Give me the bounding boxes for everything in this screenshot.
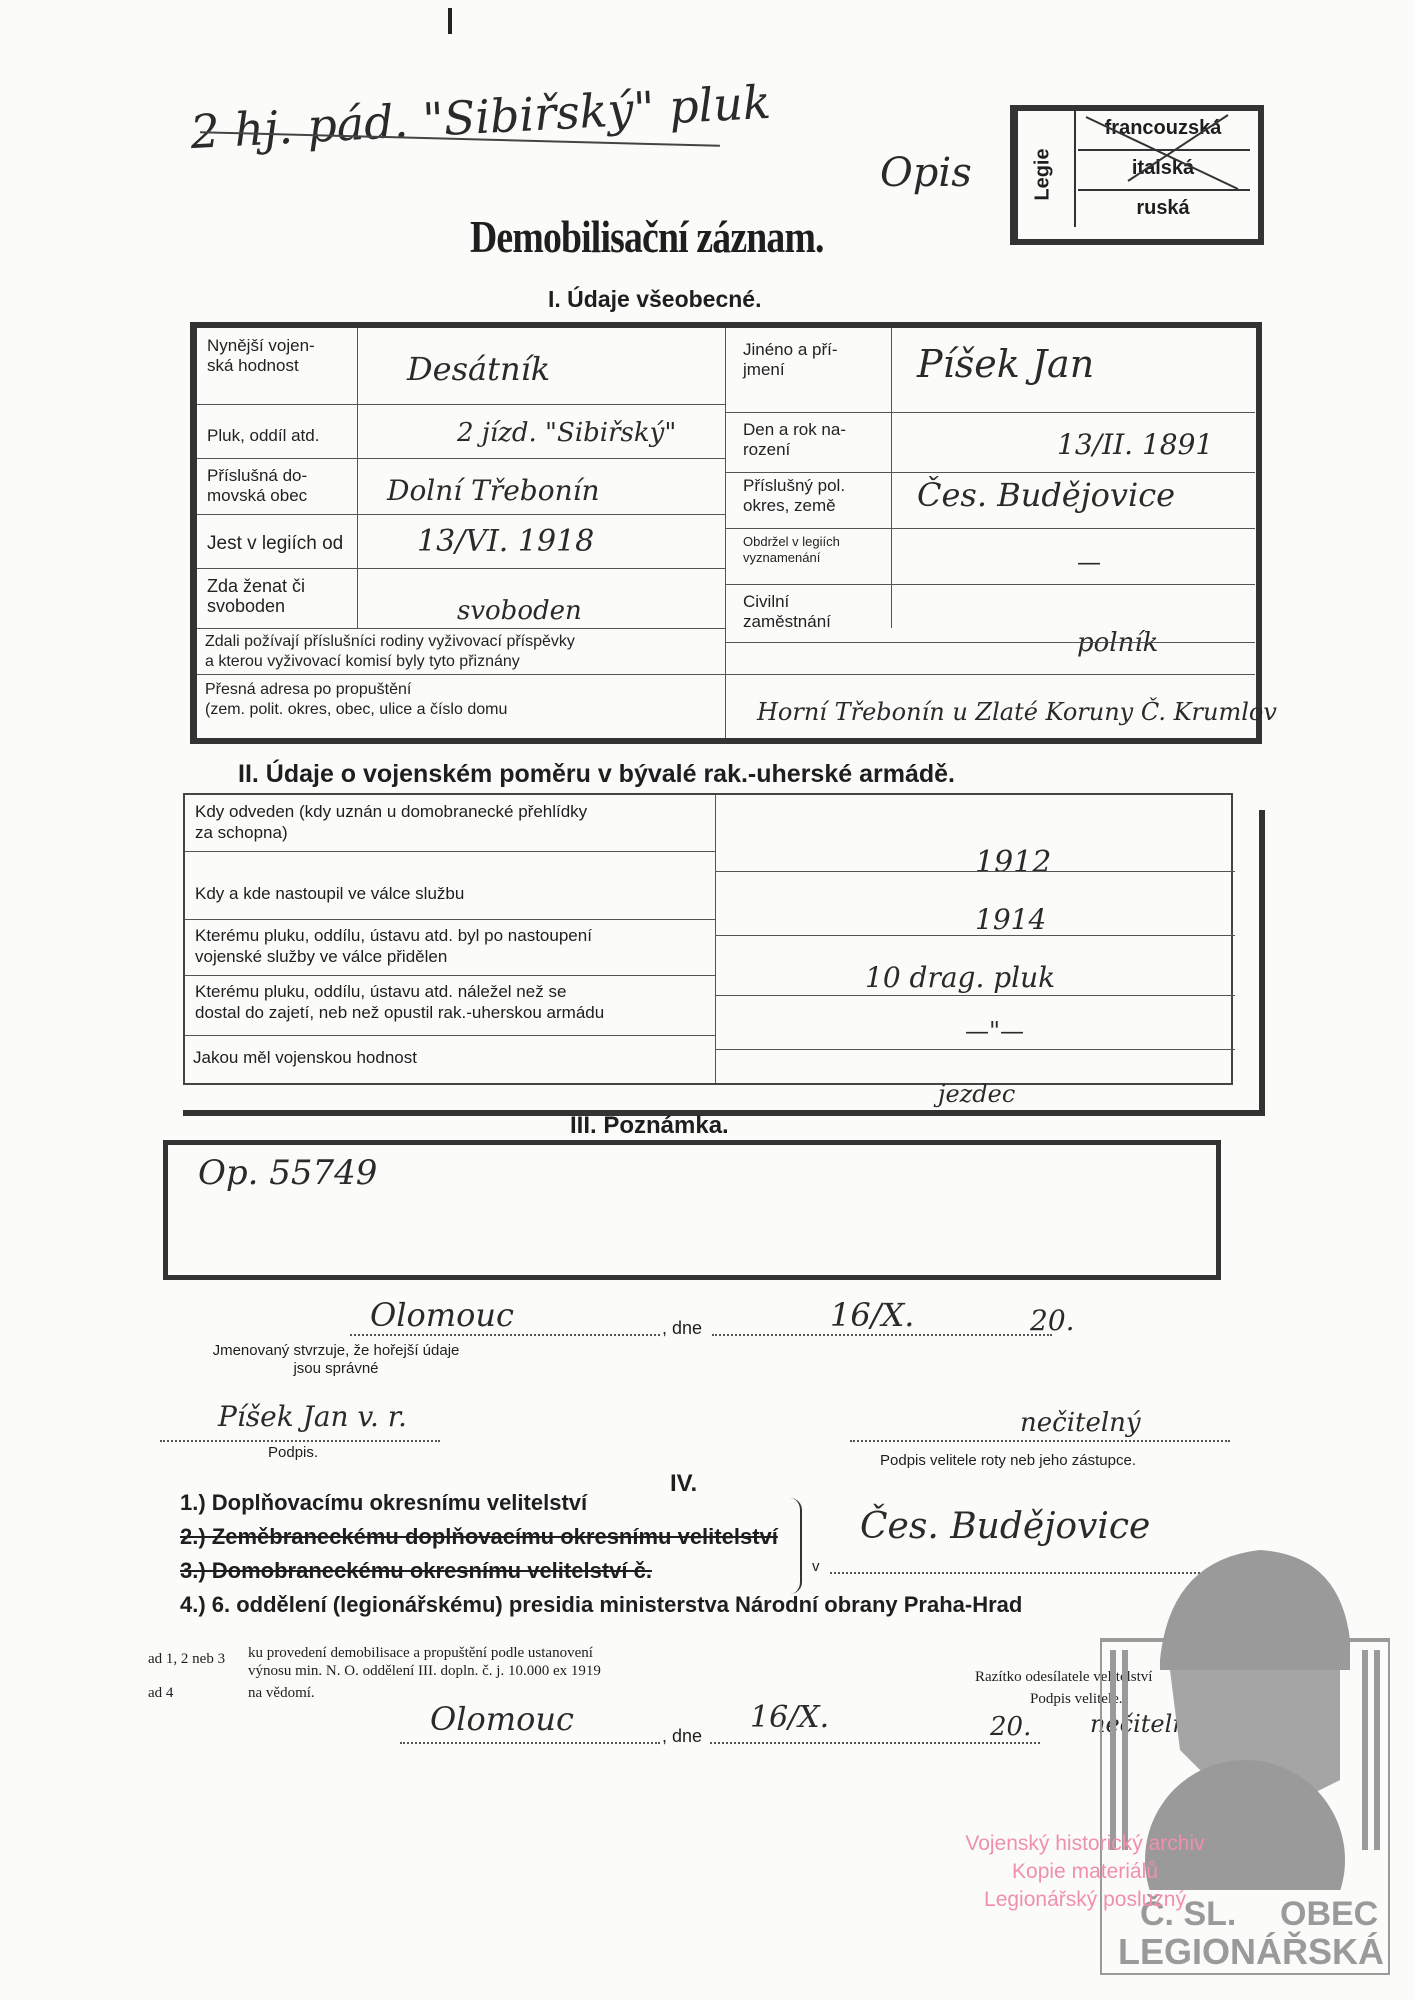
place-2: Olomouc xyxy=(430,1700,574,1738)
label-rank-held: Jakou měl vojenskou hodnost xyxy=(193,1047,417,1068)
divider xyxy=(725,472,1255,473)
section-2-title: II. Údaje o vojenském poměru v bývalé ra… xyxy=(238,760,955,789)
label-address: Přesná adresa po propuštění (zem. polit.… xyxy=(205,680,725,720)
value-marital-status: svoboden xyxy=(457,596,582,626)
value-conscripted: 1912 xyxy=(975,845,1051,880)
value-assigned-unit: 10 drag. pluk xyxy=(865,961,1055,994)
label-home-municipality: Příslušná do- movská obec xyxy=(207,466,307,506)
label-entered-service: Kdy a kde nastoupil ve válce službu xyxy=(195,883,464,904)
place-1: Olomouc xyxy=(370,1296,514,1334)
divider xyxy=(185,851,715,852)
ad1-text: ku provedení demobilisace a propuštění p… xyxy=(248,1644,601,1680)
value-home-municipality: Dolní Třebonín xyxy=(387,474,600,507)
label-conscripted: Kdy odveden (kdy uznán u domobranecké př… xyxy=(195,801,710,843)
divider xyxy=(891,328,892,628)
value-in-legion-since: 13/VI. 1918 xyxy=(417,524,594,559)
value-civil-occupation: polník xyxy=(1077,628,1158,658)
label-civil-occupation: Civilní zaměstnání xyxy=(743,592,831,632)
commander-signature: nečitelný xyxy=(1020,1408,1141,1438)
section-4-title: IV. xyxy=(670,1470,697,1498)
general-data-table: Nynější vojen- ská hodnost Desátník Pluk… xyxy=(190,322,1262,744)
divider xyxy=(197,458,725,459)
value-rank: Desátník xyxy=(407,350,550,388)
archive-watermark: Vojenský historický archiv Kopie materiá… xyxy=(920,1830,1250,1914)
legie-option-ruska: ruská xyxy=(1078,197,1248,220)
dne-label-1: , dne xyxy=(662,1318,702,1339)
dotted-line xyxy=(850,1440,1230,1442)
year-2: 20. xyxy=(990,1712,1031,1742)
divider xyxy=(715,995,1235,996)
label-political-district: Příslušný pol. okres, země xyxy=(743,476,845,516)
divider xyxy=(715,935,1235,936)
recipient-2: 2.) Zeměbraneckému doplňovacímu okresním… xyxy=(180,1524,778,1550)
date-1: 16/X. xyxy=(830,1296,914,1334)
label-decorations: Obdržel v legiích vyznamenání xyxy=(743,534,840,566)
value-political-district: Čes. Budějovice xyxy=(917,476,1175,514)
label-rank: Nynější vojen- ská hodnost xyxy=(207,336,347,376)
label-family-support: Zdali požívají příslušníci rodiny vyživo… xyxy=(205,632,725,672)
section-1-title: I. Údaje všeobecné. xyxy=(548,286,761,313)
label-regiment: Pluk, oddíl atd. xyxy=(207,426,319,446)
divider xyxy=(725,528,1255,529)
value-name: Píšek Jan xyxy=(917,342,1094,386)
divider xyxy=(725,584,1255,585)
dotted-line xyxy=(160,1440,440,1442)
page-mark xyxy=(448,8,452,34)
divider xyxy=(715,795,716,1083)
svg-text:OBEC: OBEC xyxy=(1280,1895,1378,1933)
cross-out-mark xyxy=(1078,111,1250,191)
label-name: Jinéno a pří- jmení xyxy=(743,340,838,380)
recipient-4: 4.) 6. oddělení (legionářskému) presidia… xyxy=(180,1592,1022,1618)
label-assigned-unit: Kterému pluku, oddílu, ústavu atd. byl p… xyxy=(195,925,715,967)
value-decorations: — xyxy=(1077,548,1101,576)
value-regiment: 2 jízd. "Sibiřský" xyxy=(457,418,676,448)
dotted-line xyxy=(400,1742,660,1744)
ad4-text: na vědomí. xyxy=(248,1684,315,1702)
handwritten-opis: Opis xyxy=(880,150,972,196)
ad1-label: ad 1, 2 neb 3 xyxy=(148,1650,225,1668)
label-unit-before-capture: Kterému pluku, oddílu, ústavu atd. nálež… xyxy=(195,981,715,1023)
military-service-table: Kdy odveden (kdy uznán u domobranecké př… xyxy=(183,793,1233,1085)
divider xyxy=(725,642,1255,643)
divider xyxy=(725,412,1255,413)
divider xyxy=(725,328,726,738)
watermark-line: Vojenský historický archiv xyxy=(920,1830,1250,1858)
v-label: v xyxy=(812,1558,820,1576)
section-3-title: III. Poznámka. xyxy=(570,1112,729,1140)
value-address: Horní Třebonín u Zlaté Koruny Č. Krumlov xyxy=(757,698,1277,726)
divider xyxy=(1074,111,1076,227)
watermark-line: Legionářský posluzný xyxy=(920,1886,1250,1914)
commander-signature-label: Podpis velitele roty neb jeho zástupce. xyxy=(880,1452,1136,1470)
handwritten-unit: 2 hj. pád. "Sibiřský" pluk xyxy=(189,75,772,159)
document-title: Demobilisační záznam. xyxy=(470,210,824,263)
label-marital-status: Zda ženat či svoboden xyxy=(207,576,305,616)
divider xyxy=(715,1049,1235,1050)
year-1: 20. xyxy=(1030,1304,1075,1337)
value-rank-held: jezdec xyxy=(938,1080,1015,1108)
divider xyxy=(197,628,725,629)
dotted-line xyxy=(712,1334,1052,1336)
divider xyxy=(197,404,725,405)
note-value: Op. 55749 xyxy=(198,1153,377,1193)
recipient-3: 3.) Domobraneckému okresnímu velitelství… xyxy=(180,1558,652,1584)
ad4-label: ad 4 xyxy=(148,1684,173,1702)
date-2: 16/X. xyxy=(750,1700,829,1735)
divider xyxy=(197,674,1255,675)
legie-box: Legie francouzská italská ruská xyxy=(1010,105,1264,245)
divider xyxy=(357,328,358,628)
label-in-legion-since: Jest v legiích od xyxy=(207,534,343,554)
divider xyxy=(197,514,725,515)
confirmation-text: Jmenovaný stvrzuje, že hořejší údaje jso… xyxy=(186,1342,486,1378)
note-box: Op. 55749 xyxy=(163,1140,1221,1280)
divider xyxy=(185,1035,715,1036)
value-unit-before-capture: —"— xyxy=(965,1017,1024,1045)
value-entered-service: 1914 xyxy=(975,903,1046,936)
dotted-line xyxy=(350,1334,660,1336)
label-birth-date: Den a rok na- rození xyxy=(743,420,846,460)
applicant-signature: Píšek Jan v. r. xyxy=(218,1400,407,1433)
watermark-line: Kopie materiálů xyxy=(920,1858,1250,1886)
divider xyxy=(185,919,715,920)
divider xyxy=(197,568,725,569)
svg-text:LEGIONÁŘSKÁ: LEGIONÁŘSKÁ xyxy=(1118,1930,1384,1972)
value-birth-date: 13/II. 1891 xyxy=(1057,428,1213,461)
divider xyxy=(715,871,1235,872)
brace xyxy=(790,1498,802,1594)
dne-label-2: , dne xyxy=(662,1726,702,1747)
legie-label: Legie xyxy=(1028,119,1058,229)
recipient-1: 1.) Doplňovacímu okresnímu velitelství xyxy=(180,1490,587,1516)
signature-label: Podpis. xyxy=(268,1444,318,1462)
divider xyxy=(185,975,715,976)
dotted-line xyxy=(710,1742,1040,1744)
